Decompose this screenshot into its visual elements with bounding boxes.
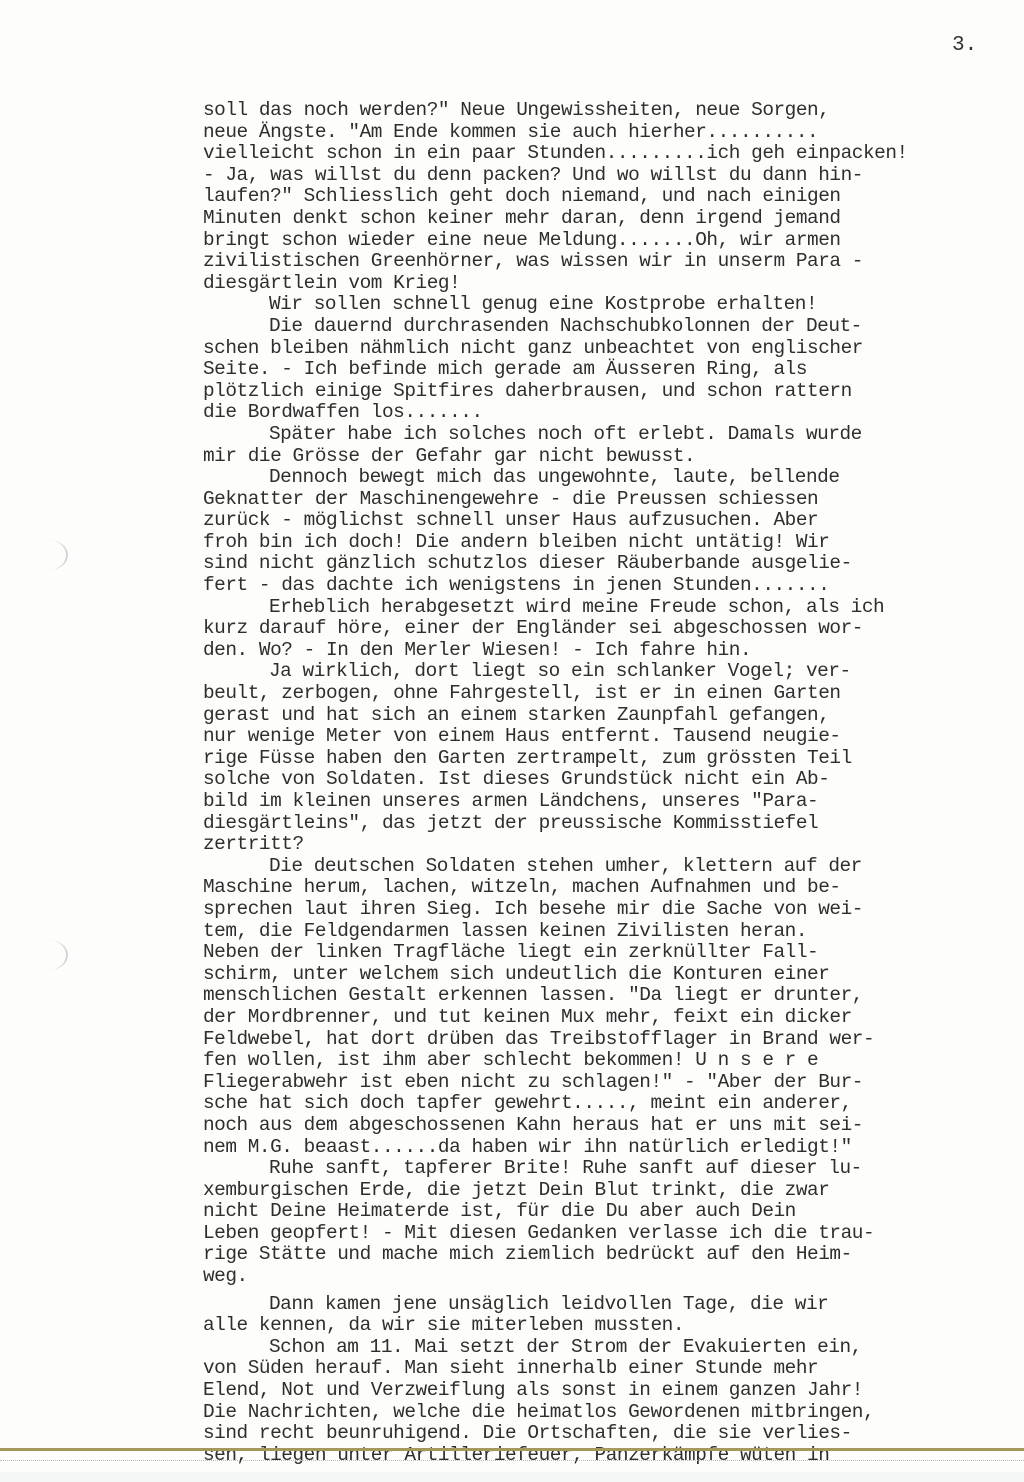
text-line: menschlichen Gestalt erkennen lassen. "D… bbox=[203, 985, 993, 1007]
text-line: solche von Soldaten. Ist dieses Grundstü… bbox=[203, 769, 993, 791]
typewritten-body: soll das noch werden?" Neue Ungewissheit… bbox=[203, 100, 993, 1466]
text-line: Dennoch bewegt mich das ungewohnte, laut… bbox=[203, 467, 993, 489]
text-line: Feldwebel, hat dort drüben das Treibstof… bbox=[203, 1029, 993, 1051]
text-line: Elend, Not und Verzweiflung als sonst in… bbox=[203, 1380, 993, 1402]
text-line: fert - das dachte ich wenigstens in jene… bbox=[203, 575, 993, 597]
page-number: 3. bbox=[952, 34, 977, 57]
text-line: Schon am 11. Mai setzt der Strom der Eva… bbox=[203, 1337, 993, 1359]
text-line: tem, die Feldgendarmen lassen keinen Ziv… bbox=[203, 921, 993, 943]
text-line: laufen?" Schliesslich geht doch niemand,… bbox=[203, 186, 993, 208]
text-line: beult, zerbogen, ohne Fahrgestell, ist e… bbox=[203, 683, 993, 705]
text-line: Erheblich herabgesetzt wird meine Freude… bbox=[203, 597, 993, 619]
text-line: noch aus dem abgeschossenen Kahn heraus … bbox=[203, 1115, 993, 1137]
text-line: weg. bbox=[203, 1266, 993, 1288]
text-line: kurz darauf höre, einer der Engländer se… bbox=[203, 618, 993, 640]
text-line: Geknatter der Maschinengewehre - die Pre… bbox=[203, 489, 993, 511]
text-line: zertritt? bbox=[203, 834, 993, 856]
text-line: bringt schon wieder eine neue Meldung...… bbox=[203, 230, 993, 252]
text-line: xemburgischen Erde, die jetzt Dein Blut … bbox=[203, 1180, 993, 1202]
text-line: Die deutschen Soldaten stehen umher, kle… bbox=[203, 856, 993, 878]
text-line: vielleicht schon in ein paar Stunden....… bbox=[203, 143, 993, 165]
text-line: den. Wo? - In den Merler Wiesen! - Ich f… bbox=[203, 640, 993, 662]
text-line: alle kennen, da wir sie miterleben musst… bbox=[203, 1315, 993, 1337]
text-line: diesgärtleins", das jetzt der preussisch… bbox=[203, 813, 993, 835]
text-line: Seite. - Ich befinde mich gerade am Äuss… bbox=[203, 359, 993, 381]
text-line: nicht Deine Heimaterde ist, für die Du a… bbox=[203, 1201, 993, 1223]
text-line: nur wenige Meter von einem Haus entfernt… bbox=[203, 726, 993, 748]
text-line: zurück - möglichst schnell unser Haus au… bbox=[203, 510, 993, 532]
text-line: sche hat sich doch tapfer gewehrt....., … bbox=[203, 1093, 993, 1115]
text-line: Ja wirklich, dort liegt so ein schlanker… bbox=[203, 661, 993, 683]
text-line: schirm, unter welchem sich undeutlich di… bbox=[203, 964, 993, 986]
text-line: Minuten denkt schon keiner mehr daran, d… bbox=[203, 208, 993, 230]
text-line: diesgärtlein vom Krieg! bbox=[203, 273, 993, 295]
text-line: schen bleiben nähmlich nicht ganz unbeac… bbox=[203, 338, 993, 360]
bottom-rule bbox=[0, 1448, 1024, 1451]
text-line: nem M.G. beaast......da haben wir ihn na… bbox=[203, 1137, 993, 1159]
text-line: Wir sollen schnell genug eine Kostprobe … bbox=[203, 294, 993, 316]
text-line: soll das noch werden?" Neue Ungewissheit… bbox=[203, 100, 993, 122]
text-line: sind nicht gänzlich schutzlos dieser Räu… bbox=[203, 553, 993, 575]
text-line: Die Nachrichten, welche die heimatlos Ge… bbox=[203, 1402, 993, 1424]
text-line: fen wollen, ist ihm aber schlecht bekomm… bbox=[203, 1050, 993, 1072]
text-line: Neben der linken Tragfläche liegt ein ze… bbox=[203, 942, 993, 964]
text-line: rige Füsse haben den Garten zertrampelt,… bbox=[203, 748, 993, 770]
punch-hole-mark bbox=[30, 540, 68, 570]
text-line: Maschine herum, lachen, witzeln, machen … bbox=[203, 877, 993, 899]
punch-hole-mark bbox=[30, 940, 68, 970]
text-line: Später habe ich solches noch oft erlebt.… bbox=[203, 424, 993, 446]
text-line: Leben geopfert! - Mit diesen Gedanken ve… bbox=[203, 1223, 993, 1245]
text-line: zivilistischen Greenhörner, was wissen w… bbox=[203, 251, 993, 273]
text-line: von Süden herauf. Man sieht innerhalb ei… bbox=[203, 1358, 993, 1380]
text-line: sprechen laut ihren Sieg. Ich besehe mir… bbox=[203, 899, 993, 921]
text-line: der Mordbrenner, und tut keinen Mux mehr… bbox=[203, 1007, 993, 1029]
text-line: Ruhe sanft, tapferer Brite! Ruhe sanft a… bbox=[203, 1158, 993, 1180]
text-line: mir die Grösse der Gefahr gar nicht bewu… bbox=[203, 446, 993, 468]
text-line: gerast und hat sich an einem starken Zau… bbox=[203, 705, 993, 727]
bottom-dotted-line bbox=[0, 1460, 1024, 1461]
text-line: die Bordwaffen los....... bbox=[203, 402, 993, 424]
scan-edge bbox=[0, 1472, 1024, 1482]
text-line: bild im kleinen unseres armen Ländchens,… bbox=[203, 791, 993, 813]
text-line: Fliegerabwehr ist eben nicht zu schlagen… bbox=[203, 1072, 993, 1094]
text-line: rige Stätte und mache mich ziemlich bedr… bbox=[203, 1244, 993, 1266]
text-line: froh bin ich doch! Die andern bleiben ni… bbox=[203, 532, 993, 554]
text-line: plötzlich einige Spitfires daherbrausen,… bbox=[203, 381, 993, 403]
text-line: - Ja, was willst du denn packen? Und wo … bbox=[203, 165, 993, 187]
text-line: Dann kamen jene unsäglich leidvollen Tag… bbox=[203, 1294, 993, 1316]
text-line: neue Ängste. "Am Ende kommen sie auch hi… bbox=[203, 122, 993, 144]
text-line: sind recht beunruhigend. Die Ortschaften… bbox=[203, 1423, 993, 1445]
text-line: Die dauernd durchrasenden Nachschubkolon… bbox=[203, 316, 993, 338]
